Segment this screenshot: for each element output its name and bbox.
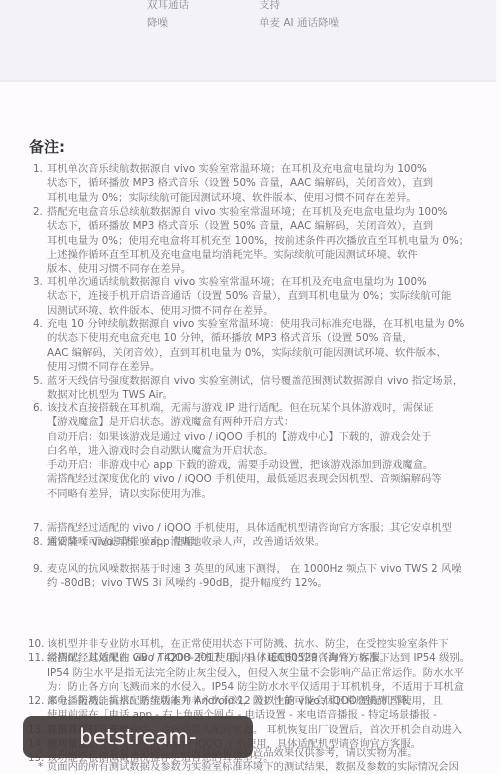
note-item: 1.耳机单次音乐续航数据源自 vivo 实验室常温环境；在耳机及充电盒电量均为 … bbox=[47, 162, 487, 205]
note-number: 9. bbox=[33, 562, 43, 576]
note-number: 1. bbox=[33, 162, 43, 176]
note-line: 白名单，进入游戏时会自动默认魔盒为开启状态。 bbox=[47, 444, 487, 458]
note-line: IP54 防尘水平是指无法完全防止灰尘侵入，但侵入灰尘量不会影响产品正常运作。防… bbox=[47, 666, 487, 680]
note-item: 11.需搭配经过适配的 vivo / iQOO 手机使用，具体适配机型请咨询官方… bbox=[47, 651, 487, 665]
note-line: 需搭配经过适配的 vivo / iQOO 手机使用，具体适配机型请咨询官方客服。 bbox=[47, 651, 487, 665]
note-number: 5. bbox=[33, 374, 43, 388]
note-number: 2. bbox=[33, 205, 43, 219]
note-line: 蓝牙天线信号强度数据源自 vivo 实验室测试，信号覆盖范围测试数据源自 viv… bbox=[47, 374, 487, 388]
note-line: 通话降噪可过滤背景噪声，清晰地收录人声，改善通话效果。 bbox=[47, 535, 487, 549]
note-line: 麦克风的抗风噪数据基于时速 3 英里的风速下测得， 在 1000Hz 频点下 v… bbox=[47, 562, 487, 576]
note-line: 状态下，循环播放 MP3 格式音乐（设置 50% 音量，AAC 编解码，关闭音效… bbox=[47, 176, 487, 190]
note-line: AAC 编解码，关闭音效），直到耳机电量为 0%，实际续航可能因测试环境、软件版… bbox=[47, 346, 487, 360]
note-line: 上述操作循环直至耳机及充电盒电量均消耗完毕。实际续航可能因测试环境、软件 bbox=[47, 248, 487, 262]
note-line: 状态下，循环播放 MP3 格式音乐（设置 50% 音量，AAC 编解码，关闭音效… bbox=[47, 219, 487, 233]
note-line: 需搭配经过深度优化的 vivo / iQOO 手机使用，最低延迟表现会因机型、音… bbox=[47, 472, 487, 486]
note-line: 的状态下使用充电盒充电 10 分钟，循环播放 MP3 格式音乐（设置 50% 音… bbox=[47, 331, 487, 345]
note-line: 状态下，连接手机开启语音通话（设置 50% 音量），直到耳机电量为 0%；实际续… bbox=[47, 289, 487, 303]
note-number: 7. bbox=[33, 521, 43, 535]
note-number: 4. bbox=[33, 317, 43, 331]
note-item: 8.通话降噪可过滤背景噪声，清晰地收录人声，改善通话效果。 bbox=[47, 535, 487, 549]
note-line: 使用习惯不同存在差异。 bbox=[47, 360, 487, 374]
note-line: 不同略有差异，请以实际使用为准。 bbox=[47, 487, 487, 501]
spec-label: 双耳通话 bbox=[147, 0, 189, 11]
note-line: 耳机电量为 0%；使用充电盒将耳机充至 100%，按前述条件再次播放直至耳机电量… bbox=[47, 234, 487, 248]
note-line: 搭配充电盒音乐总续航数据源自 vivo 实验室常温环境；在耳机及充电盒电量均为 … bbox=[47, 205, 487, 219]
spec-row-noise-reduction: 降噪 单麦 AI 通话降噪 bbox=[147, 15, 168, 30]
note-number: 10. bbox=[28, 637, 44, 651]
note-item: 5.蓝牙天线信号强度数据源自 vivo 实验室测试，信号覆盖范围测试数据源自 v… bbox=[47, 374, 487, 403]
note-line: 因测试环境、软件版本、使用习惯不同存在差异。 bbox=[47, 304, 487, 318]
note-number: 8. bbox=[33, 535, 43, 549]
notes-title: 备注: bbox=[29, 136, 65, 157]
note-line: 约 -80dB；vivo TWS 3i 风噪约 -90dB，提升幅度约 12%。 bbox=[47, 576, 487, 590]
note-number: 12. bbox=[28, 694, 44, 708]
note-line: 充电 10 分钟续航数据源自 vivo 实验室常温环境：使用我司标准充电器，在耳… bbox=[47, 317, 487, 331]
note-line: 为：防止各方向飞溅而来的水侵入。IP54 防尘防水水平仅适用于耳机机身，不适用于… bbox=[47, 680, 487, 694]
note-number: 11. bbox=[28, 651, 44, 665]
note-line: 【游戏魔盒】是开启状态。游戏魔盒有两种开启方式： bbox=[47, 415, 487, 429]
note-line: 耳机单次通话续航数据源自 vivo 实验室常温环境；在耳机及充电盒电量均为 10… bbox=[47, 275, 487, 289]
note-item: 4.充电 10 分钟续航数据源自 vivo 实验室常温环境：使用我司标准充电器，… bbox=[47, 317, 487, 374]
spec-label: 降噪 bbox=[147, 17, 168, 29]
spec-value: 单麦 AI 通话降噪 bbox=[259, 15, 339, 30]
note-item: 2.搭配充电盒音乐总续航数据源自 vivo 实验室常温环境；在耳机及充电盒电量均… bbox=[47, 205, 487, 276]
footnote-mark: * bbox=[38, 760, 43, 774]
note-number: 3. bbox=[33, 275, 43, 289]
note-line: 自动开启：如果该游戏是通过 vivo / iQOO 手机的【游戏中心】下载的，游… bbox=[47, 430, 487, 444]
spec-table: 双耳通话 支持 降噪 单麦 AI 通话降噪 bbox=[0, 0, 496, 82]
note-number: 6. bbox=[33, 401, 43, 415]
note-line: 耳机电量为 0%；实际续航可能因测试环境、软件版本、使用习惯不同存在差异。 bbox=[47, 191, 487, 205]
note-line: 耳机单次音乐续航数据源自 vivo 实验室常温环境；在耳机及充电盒电量均为 10… bbox=[47, 162, 487, 176]
spec-value: 支持 bbox=[259, 0, 280, 12]
note-item: 6.该技术直接搭载在耳机端，无需与游戏 IP 进行适配。但在玩某个具体游戏时，需… bbox=[47, 401, 487, 501]
note-line: 该技术直接搭载在耳机端，无需与游戏 IP 进行适配。但在玩某个具体游戏时，需保证 bbox=[47, 401, 487, 415]
spec-row-dual-call: 双耳通话 支持 bbox=[147, 0, 189, 12]
note-line: 需搭配经过适配的 vivo / iQOO 手机使用，具体适配机型请咨询官方客服；… bbox=[47, 521, 487, 535]
note-line: 手动开启：非游戏中心 app 下载的游戏，需要手动设置，把该游戏添加到游戏魔盒。 bbox=[47, 458, 487, 472]
note-item: 9.麦克风的抗风噪数据基于时速 3 英里的风速下测得， 在 1000Hz 频点下… bbox=[47, 562, 487, 591]
watermark-overlay: betstream-bsports.com bbox=[23, 716, 253, 758]
note-line: 该机型并非专业防水耳机，在正常使用状态下可防溅、抗水、防尘，在受控实验室条件下 bbox=[47, 637, 487, 651]
note-item: 3.耳机单次通话续航数据源自 vivo 实验室常温环境；在耳机及充电盒电量均为 … bbox=[47, 275, 487, 318]
note-line: 来电播报功能需搭配系统版本为 Android 12 及以上的 vivo / iQ… bbox=[47, 694, 487, 708]
